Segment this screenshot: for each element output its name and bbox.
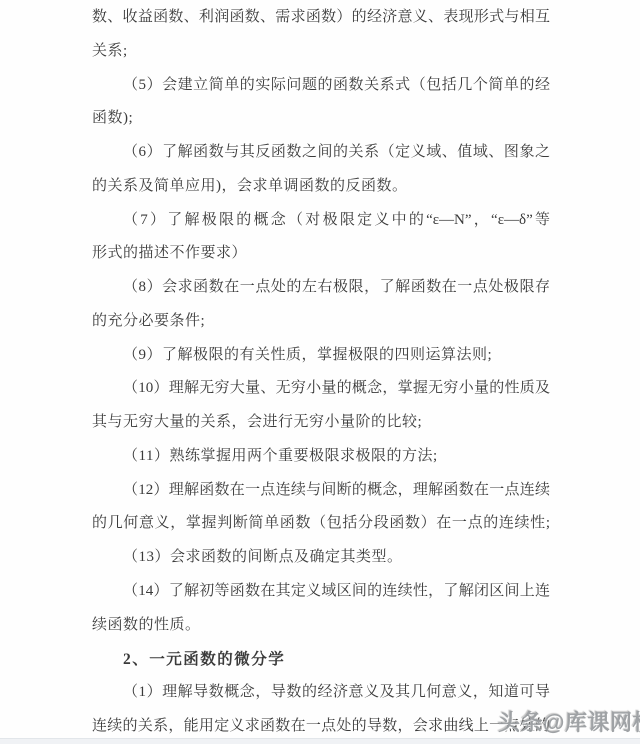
section-heading: 2、一元函数的微分学 [92,643,550,677]
document-line: （5）会建立简单的实际问题的函数关系式（包括几个简单的经济 [92,69,550,103]
document-line: 的充分必要条件; [92,305,550,339]
document-line: 函数); [92,102,550,136]
document-line: 数、收益函数、利润函数、需求函数）的经济意义、表现形式与相互 [92,1,550,35]
document-line: 形式的描述不作要求） [92,237,550,271]
document-page: 数、收益函数、利润函数、需求函数）的经济意义、表现形式与相互关系;（5）会建立简… [0,0,640,744]
document-line: 的几何意义，掌握判断简单函数（包括分段函数）在一点的连续性; [92,507,550,541]
document-line: （10）理解无穷大量、无穷小量的概念，掌握无穷小量的性质及 [92,372,550,406]
document-line: 其与无穷大量的关系，会进行无穷小量阶的比较; [92,406,550,440]
document-line: （12）理解函数在一点连续与间断的概念，理解函数在一点连续 [92,474,550,508]
document-line: （11）熟练掌握用两个重要极限求极限的方法; [92,440,550,474]
document-text-block: 数、收益函数、利润函数、需求函数）的经济意义、表现形式与相互关系;（5）会建立简… [92,1,550,744]
document-line: （1）理解导数概念，导数的经济意义及其几何意义，知道可导与 [92,676,550,710]
document-line: 的关系及简单应用)，会求单调函数的反函数。 [92,170,550,204]
document-line: （6）了解函数与其反函数之间的关系（定义域、值域、图象之间 [92,136,550,170]
watermark: 头条@库课网校 [498,706,640,737]
document-line: （9）了解极限的有关性质，掌握极限的四则运算法则; [92,339,550,373]
document-line: （13）会求函数的间断点及确定其类型。 [92,541,550,575]
document-line: （8）会求函数在一点处的左右极限，了解函数在一点处极限存在 [92,271,550,305]
document-line: （14）了解初等函数在其定义域区间的连续性，了解闭区间上连 [92,575,550,609]
document-line: （7）了解极限的概念（对极限定义中的“ε—N”，“ε—δ”等 [92,204,550,238]
bottom-edge-strip [0,738,640,744]
document-line: 关系; [92,35,550,69]
document-line: 续函数的性质。 [92,609,550,643]
